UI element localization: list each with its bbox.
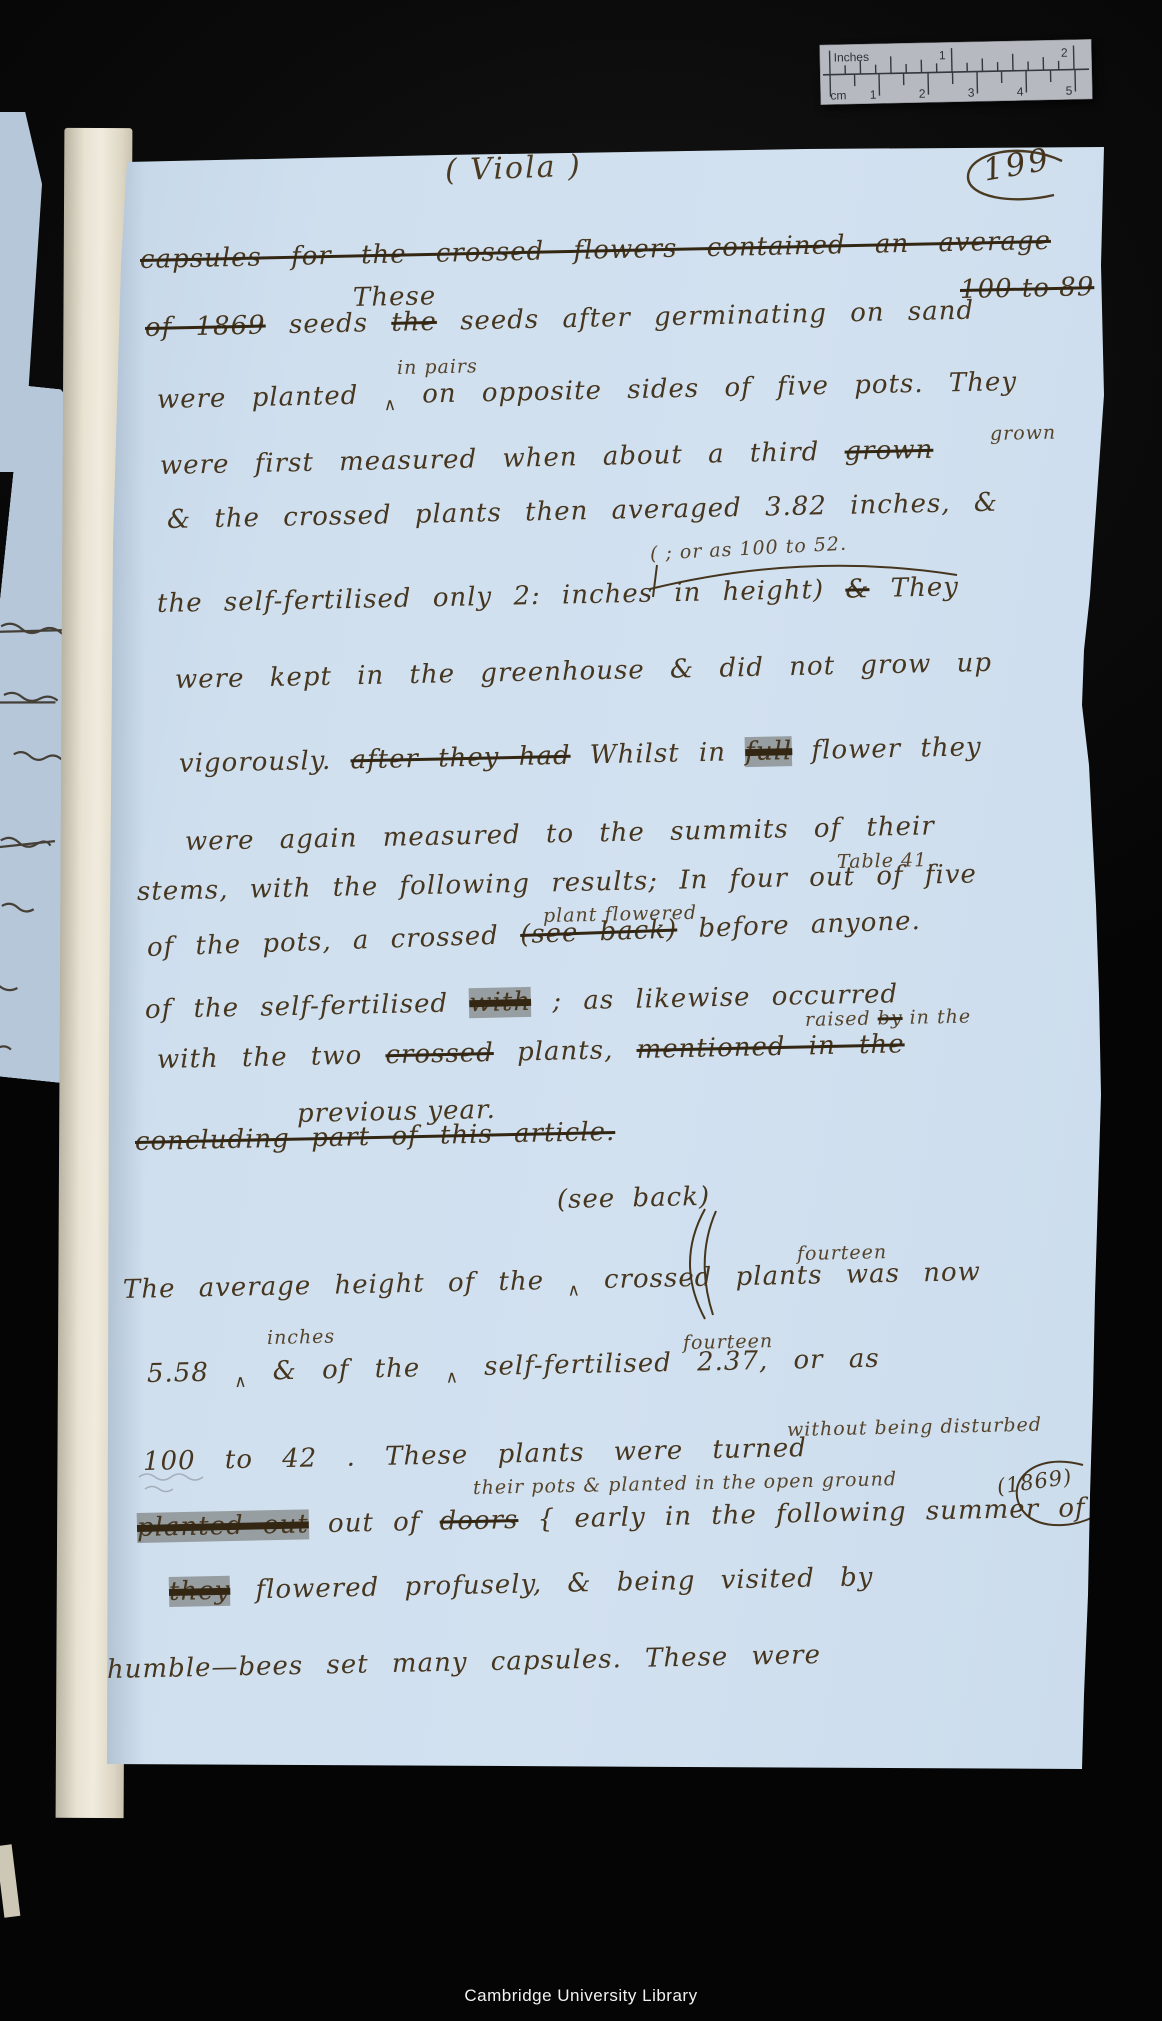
manuscript-line: they flowered profusely, & being visited…	[169, 1562, 874, 1607]
handwritten-text: ( ; or as 100 to 52.	[649, 533, 847, 565]
handwritten-text: of the self-fertilised	[145, 988, 470, 1025]
deleted-text: concluding part of this article.	[135, 1117, 616, 1157]
handwritten-text: were kept in the greenhouse & did not gr…	[175, 648, 993, 695]
deleted-text: they	[169, 1576, 231, 1607]
handwritten-text: They	[869, 572, 959, 604]
handwritten-text: were again measured to the summits of th…	[185, 811, 935, 857]
deleted-text: full	[745, 736, 793, 767]
manuscript-line: with the two crossed plants, mentioned i…	[157, 1029, 905, 1075]
handwritten-text: were first measured when about a third	[160, 437, 845, 481]
handwritten-text: ∧	[445, 1366, 459, 1386]
manuscript-line: 5.58 ∧ & of the ∧ self-fertilised 2.37, …	[147, 1344, 880, 1393]
ruler-inches-label: Inches	[834, 50, 870, 65]
ruler-cm-5: 5	[1066, 84, 1073, 98]
deleted-text: grown	[844, 435, 933, 467]
handwritten-text: & the crossed plants then averaged 3.82 …	[167, 488, 999, 535]
ruler-scale: Inches 1 2 cm 1 2 3 4 5	[819, 39, 1092, 105]
manuscript-line: humble—bees set many capsules. These wer…	[107, 1640, 822, 1685]
handwritten-text: self-fertilised 2.37, or as	[459, 1344, 880, 1383]
deleted-text: by	[877, 1007, 902, 1030]
handwritten-text: in pairs	[397, 355, 478, 379]
deleted-text: with	[469, 987, 531, 1018]
handwritten-text: & of the	[247, 1353, 446, 1387]
handwritten-text: flower they	[792, 732, 982, 766]
handwritten-text: the self-fertilised only 2: inches in he…	[157, 575, 846, 619]
handwritten-text: out of	[308, 1507, 440, 1540]
ruler: Inches 1 2 cm 1 2 3 4 5	[819, 39, 1092, 105]
page-title: ( Viola )	[444, 149, 582, 189]
handwritten-text: Whilst in	[570, 737, 745, 771]
manuscript-line: were again measured to the summits of th…	[185, 811, 935, 857]
handwritten-text: were planted	[157, 380, 384, 415]
handwritten-text: grown	[990, 422, 1057, 445]
manuscript-line: The average height of the ∧ crossed plan…	[123, 1257, 982, 1309]
manuscript-line: vigorously. after they had Whilst in ful…	[179, 732, 982, 779]
manuscript-line: of 1869 seeds the seeds after germinatin…	[145, 296, 975, 343]
deleted-text: crossed	[385, 1038, 494, 1070]
handwritten-text: stems, with the following results; In fo…	[137, 859, 978, 907]
deleted-text: (see back)	[520, 914, 678, 949]
manuscript-line: the self-fertilised only 2: inches in he…	[157, 572, 960, 619]
deleted-text: planted out	[137, 1509, 309, 1543]
manuscript-line: stems, with the following results; In fo…	[137, 859, 978, 907]
ruler-cm-2: 2	[919, 87, 926, 101]
deleted-text: capsules for the crossed flowers contain…	[140, 226, 1052, 275]
manuscript-line: of the self-fertilised with ; as likewis…	[145, 979, 899, 1025]
handwritten-text: 5.58	[147, 1357, 235, 1389]
deleted-text: after they had	[350, 741, 571, 776]
manuscript-line: were first measured when about a third g…	[160, 435, 934, 481]
manuscript-line: in pairs	[397, 355, 478, 379]
handwritten-text: without being disturbed	[787, 1414, 1042, 1441]
manuscript-line: (see back)	[557, 1182, 711, 1215]
manuscript-line: planted out out of doors { early in the …	[137, 1493, 1086, 1543]
manuscript-line: their pots & planted in the open ground	[473, 1468, 898, 1499]
ruler-cm-3: 3	[968, 86, 975, 100]
ruler-inch-2: 2	[1061, 46, 1068, 60]
deleted-text: doors	[439, 1505, 518, 1537]
manuscript-line: 100 to 42 . These plants were turned	[143, 1433, 807, 1477]
handwritten-text: 100 to 42 . These plants were turned	[143, 1433, 807, 1477]
handwritten-text: humble—bees set many capsules. These wer…	[107, 1640, 822, 1685]
handwritten-text: with the two	[157, 1040, 386, 1075]
handwritten-text: crossed plants was now	[580, 1257, 981, 1295]
deleted-text: of 1869	[145, 310, 266, 343]
manuscript-page: ( Viola ) 199 capsules for the crossed f…	[105, 145, 1107, 1772]
handwritten-text: ∧	[384, 394, 398, 414]
manuscript-photograph: ( Viola ) 199 capsules for the crossed f…	[0, 0, 1162, 2021]
handwritten-text: plants,	[493, 1035, 636, 1068]
manuscript-line: ( ; or as 100 to 52.	[649, 533, 847, 565]
handwritten-text: The average height of the	[123, 1266, 568, 1305]
handwritten-text: seeds after germinating on sand	[437, 296, 975, 337]
handwritten-text: raised	[805, 1007, 878, 1031]
handwritten-text: ∧	[567, 1279, 581, 1299]
manuscript-line: capsules for the crossed flowers contain…	[140, 226, 1052, 275]
manuscript-line: concluding part of this article.	[135, 1117, 616, 1157]
handwritten-text: inches	[267, 1326, 336, 1349]
handwritten-text: { early in the following summer of	[518, 1493, 1086, 1535]
ruler-inch-1: 1	[939, 48, 946, 62]
handwritten-text: ∧	[234, 1371, 248, 1391]
handwritten-text: flowered profusely, & being visited by	[230, 1562, 874, 1605]
page-number: 199	[980, 141, 1053, 188]
handwritten-text: in the	[902, 1006, 971, 1029]
deleted-text: &	[845, 574, 870, 604]
deleted-text: 100 to 89	[960, 272, 1095, 305]
manuscript-line: were kept in the greenhouse & did not gr…	[175, 648, 993, 695]
page-edge-chip	[0, 1844, 20, 1917]
handwritten-text: before anyone.	[677, 906, 922, 944]
ruler-cm-label: cm	[830, 88, 846, 102]
ruler-cm-4: 4	[1017, 85, 1024, 99]
manuscript-line: were planted ∧ on opposite sides of five…	[157, 367, 1018, 419]
handwritten-text: of the pots, a crossed	[146, 920, 520, 963]
library-caption: Cambridge University Library	[0, 1986, 1162, 2006]
manuscript-line: inches	[267, 1326, 336, 1349]
manuscript-line: 100 to 89	[960, 272, 1095, 305]
deleted-text: mentioned in the	[636, 1029, 905, 1065]
manuscript-line: raised by in the	[805, 1006, 972, 1031]
handwritten-text: vigorously.	[179, 745, 351, 779]
handwritten-text: seeds	[265, 308, 391, 341]
deleted-text: the	[391, 307, 437, 338]
manuscript-line: without being disturbed	[787, 1414, 1042, 1441]
ruler-cm-1: 1	[870, 88, 877, 102]
manuscript-line: & the crossed plants then averaged 3.82 …	[167, 488, 999, 535]
manuscript-line: grown	[990, 422, 1057, 445]
handwritten-text: on opposite sides of five pots. They	[397, 367, 1018, 410]
handwritten-text: their pots & planted in the open ground	[473, 1468, 898, 1499]
manuscript-line: of the pots, a crossed (see back) before…	[146, 906, 921, 963]
handwritten-text: (see back)	[557, 1182, 711, 1215]
